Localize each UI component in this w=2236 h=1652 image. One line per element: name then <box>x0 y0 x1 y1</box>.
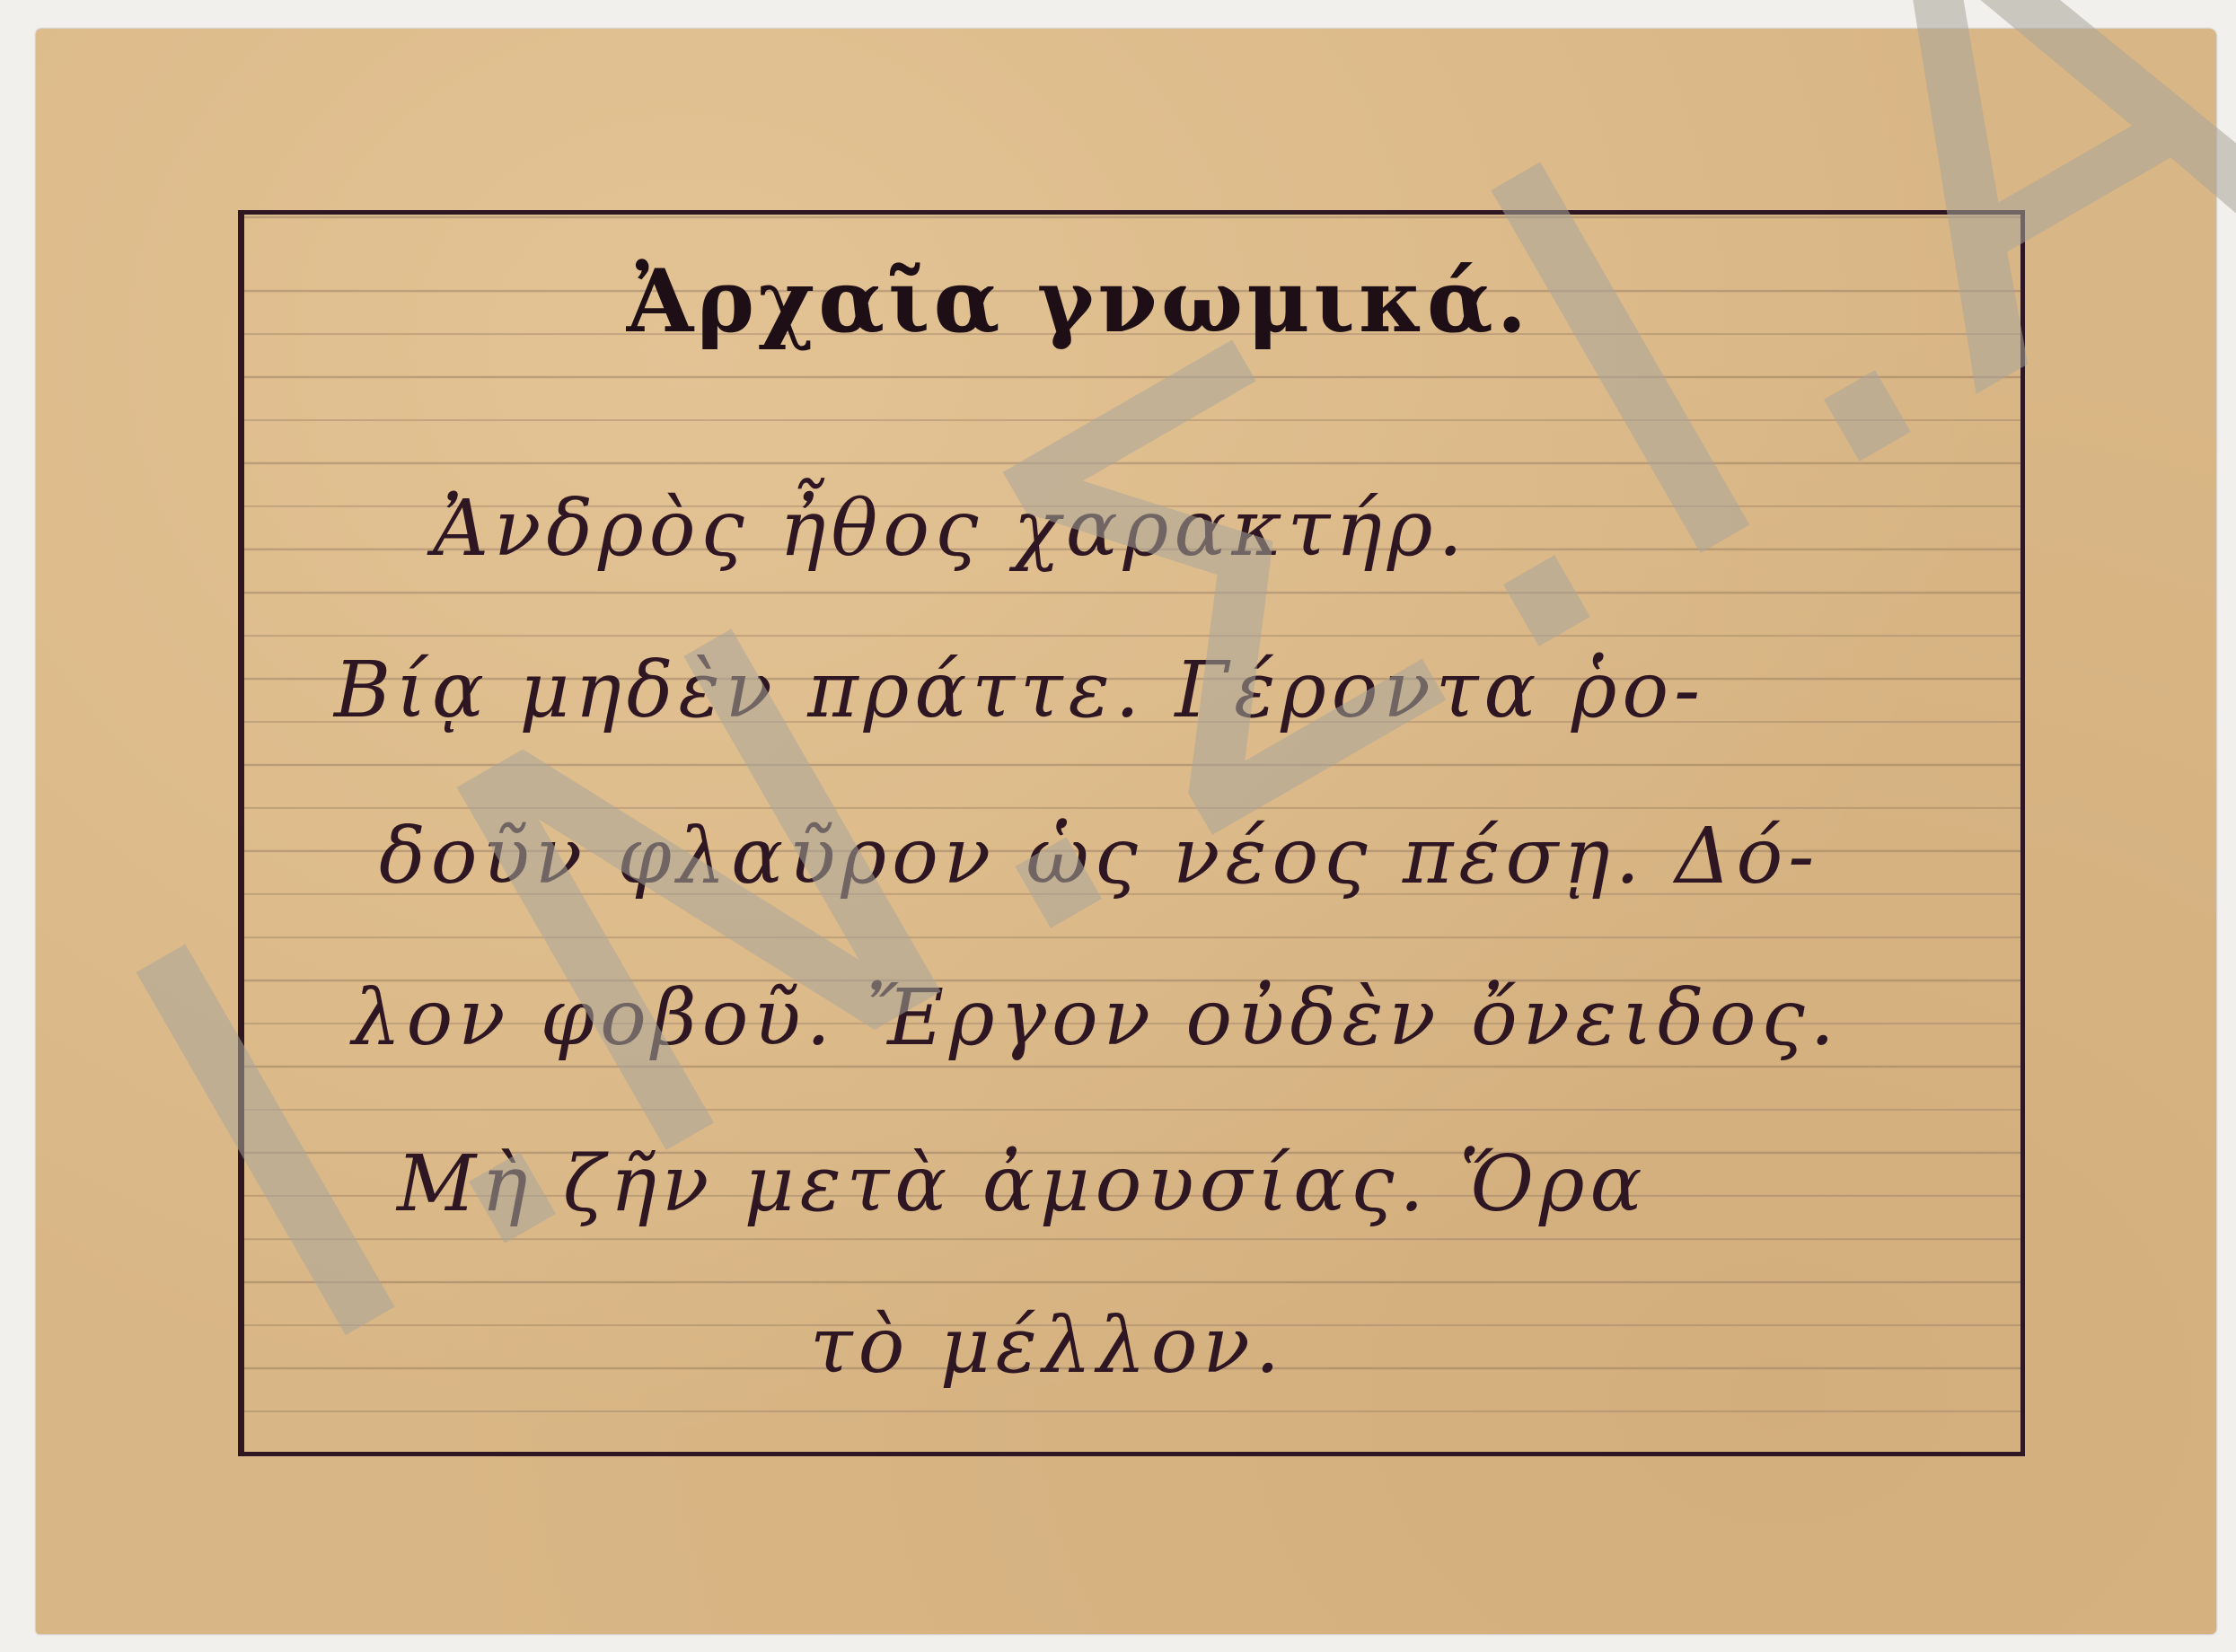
text-line-1: Ἀνδρὸς ἦθος χαρακτήρ. <box>433 484 1468 574</box>
text-line-2: Βίᾳ μηδὲν πράττε. Γέροντα ῥο- <box>334 646 1705 735</box>
maxims-text-block: Ἀνδρὸς ἦθος χαρακτήρ. Βίᾳ μηδὲν πράττε. … <box>244 215 2020 1452</box>
text-line-3: δοῦν φλαῦρον ὡς νέος πέσῃ. Δό- <box>379 812 1819 901</box>
text-line-5: Μὴ ζῆν μετὰ ἀμουσίας. Ὅρα <box>397 1139 1648 1229</box>
paper-sheet: Ἀρχαῖα γνωμικά. Ἀνδρὸς ἦθος χαρακτήρ. Βί… <box>36 29 2216 1634</box>
text-line-4: λον φοβοῦ. Ἔργον οὐδὲν ὄνειδος. <box>352 973 1840 1063</box>
text-line-6: τὸ μέλλον. <box>810 1301 1285 1391</box>
ruled-border-frame: Ἀρχαῖα γνωμικά. Ἀνδρὸς ἦθος χαρακτήρ. Βί… <box>238 210 2025 1456</box>
